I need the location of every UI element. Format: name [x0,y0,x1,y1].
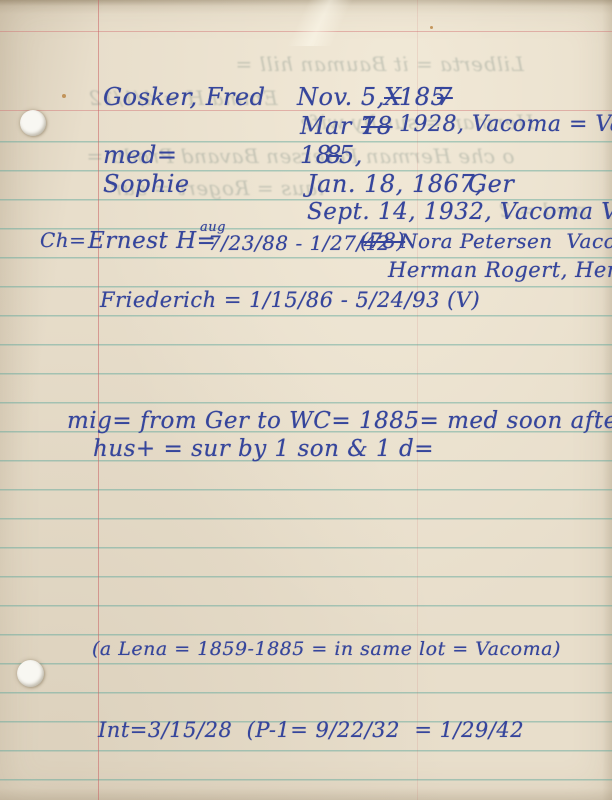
red-header-rule [0,31,612,32]
handwriting-segment: Ch= [40,230,86,250]
handwriting-segment: Sept. 14, 1932, Vacoma V [307,201,612,224]
bleed-through-text: Lilberta = it Bauman hill = [235,54,524,74]
paper-speck [62,94,66,98]
paper-speck [430,26,433,29]
handwriting-segment: med= [103,143,177,167]
handwriting-segment: Ernest H= [88,230,216,253]
handwriting-segment: Nora Petersen Vacoma [400,231,612,251]
handwriting-segment: (78) [360,231,405,252]
handwriting-segment: Int=3/15/28 (P-1= 9/22/32 = 1/29/42 [98,720,524,741]
handwriting-segment: Herman Rogert, Herman [388,260,612,281]
punch-hole-top [20,110,46,136]
handwriting-segment: Friederich = 1/15/86 - 5/24/93 (V) [100,290,480,311]
handwriting-segment: 5, [339,143,363,167]
handwriting-segment: , 1928, Vacoma = Vac = [384,114,612,136]
scanned-notebook-page: Lilberta = it Bauman hill =Emma H = 4/1/… [0,0,612,800]
handwriting-segment: (a Lena = 1859-1885 = in same lot = Vaco… [92,640,561,659]
handwriting-segment: Sophie [103,172,190,196]
handwriting-segment: Gosker, Fred [103,85,265,109]
handwriting-segment: mig= from Ger to WC= 1885= med soon afte… [67,410,612,433]
punch-hole-bottom [17,660,44,687]
handwriting-segment: hus+ = sur by 1 son & 1 d= [93,438,434,461]
handwriting-segment: Jan. 18, 1867, [307,172,483,196]
handwriting-segment: 7 [437,85,453,109]
handwriting-segment: Nov. 5, [297,85,385,109]
margin-line [98,0,99,800]
handwriting-segment: Ger [468,172,514,196]
paper-crease [220,0,420,46]
